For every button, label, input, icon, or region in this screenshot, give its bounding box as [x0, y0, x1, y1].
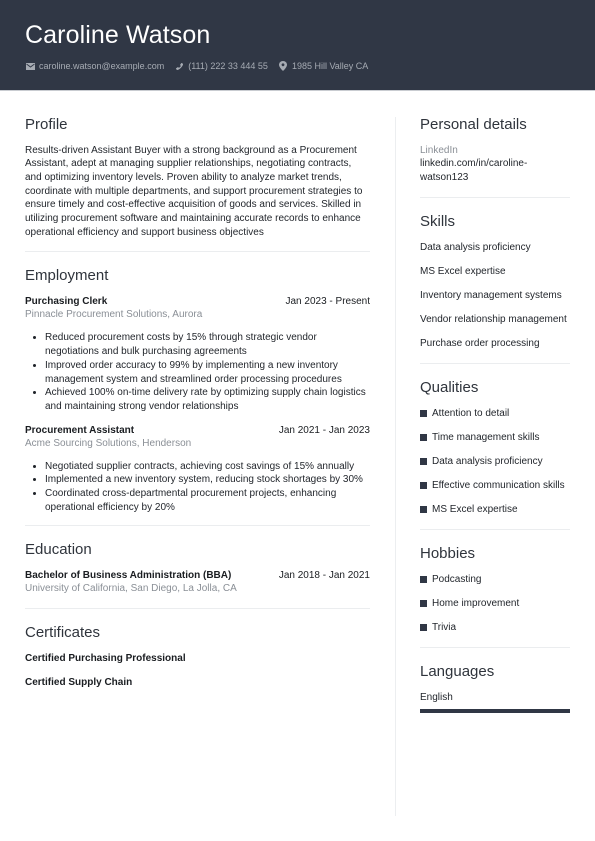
school: University of California, San Diego, La …	[25, 582, 370, 596]
envelope-icon	[25, 61, 35, 71]
achievement-item: Reduced procurement costs by 15% through…	[45, 331, 370, 358]
quality-item: Time management skills	[420, 431, 570, 444]
section-divider	[25, 251, 370, 252]
certificate-item: Certified Purchasing Professional	[25, 652, 370, 665]
square-bullet-icon	[420, 576, 427, 583]
achievement-item: Implemented a new inventory system, redu…	[45, 473, 370, 487]
profile-section: Profile Results-driven Assistant Buyer w…	[25, 116, 370, 239]
qualities-section: Qualities Attention to detail Time manag…	[420, 379, 570, 516]
achievement-item: Improved order accuracy to 99% by implem…	[45, 359, 370, 386]
achievement-item: Negotiated supplier contracts, achieving…	[45, 460, 370, 474]
personal-details-section: Personal details LinkedIn linkedin.com/i…	[420, 116, 570, 184]
education-section: Education Bachelor of Business Administr…	[25, 541, 370, 596]
square-bullet-icon	[420, 410, 427, 417]
job-company: Pinnacle Procurement Solutions, Aurora	[25, 308, 370, 322]
contact-email[interactable]: caroline.watson@example.com	[25, 61, 164, 71]
square-bullet-icon	[420, 482, 427, 489]
achievement-item: Achieved 100% on-time delivery rate by o…	[45, 386, 370, 413]
skill-item: Vendor relationship management	[420, 313, 570, 326]
languages-heading: Languages	[420, 663, 570, 681]
section-divider	[420, 529, 570, 530]
hobby-item: Podcasting	[420, 573, 570, 586]
job-achievements: Negotiated supplier contracts, achieving…	[25, 460, 370, 515]
section-divider	[25, 525, 370, 526]
personal-details-heading: Personal details	[420, 116, 570, 134]
section-divider	[420, 647, 570, 648]
quality-item: MS Excel expertise	[420, 503, 570, 516]
skills-section: Skills Data analysis proficiency MS Exce…	[420, 213, 570, 350]
certificate-item: Certified Supply Chain	[25, 676, 370, 689]
section-divider	[420, 197, 570, 198]
degree: Bachelor of Business Administration (BBA…	[25, 569, 231, 582]
education-entry: Bachelor of Business Administration (BBA…	[25, 569, 370, 596]
hobbies-section: Hobbies Podcasting Home improvement Triv…	[420, 545, 570, 634]
profile-summary: Results-driven Assistant Buyer with a st…	[25, 144, 370, 240]
job-entry: Purchasing Clerk Jan 2023 - Present Pinn…	[25, 295, 370, 413]
square-bullet-icon	[420, 434, 427, 441]
hobby-item: Trivia	[420, 621, 570, 634]
job-date: Jan 2021 - Jan 2023	[279, 424, 370, 437]
education-date: Jan 2018 - Jan 2021	[279, 569, 370, 582]
address-text: 1985 Hill Valley CA	[292, 61, 368, 71]
job-title: Purchasing Clerk	[25, 295, 107, 308]
skill-item: Inventory management systems	[420, 289, 570, 302]
employment-heading: Employment	[25, 267, 370, 285]
section-divider	[25, 608, 370, 609]
square-bullet-icon	[420, 506, 427, 513]
contact-address: 1985 Hill Valley CA	[278, 61, 368, 71]
education-heading: Education	[25, 541, 370, 559]
hobby-item: Home improvement	[420, 597, 570, 610]
contact-row: caroline.watson@example.com (111) 222 33…	[25, 60, 378, 72]
certificates-heading: Certificates	[25, 624, 370, 642]
phone-icon	[174, 61, 184, 71]
quality-item: Effective communication skills	[420, 479, 570, 492]
quality-item: Attention to detail	[420, 407, 570, 420]
skill-item: Purchase order processing	[420, 337, 570, 350]
job-company: Acme Sourcing Solutions, Henderson	[25, 437, 370, 451]
quality-item: Data analysis proficiency	[420, 455, 570, 468]
section-divider	[420, 363, 570, 364]
employment-section: Employment Purchasing Clerk Jan 2023 - P…	[25, 267, 370, 514]
sidebar-column: Personal details LinkedIn linkedin.com/i…	[420, 116, 570, 713]
square-bullet-icon	[420, 600, 427, 607]
qualities-heading: Qualities	[420, 379, 570, 397]
skill-item: Data analysis proficiency	[420, 241, 570, 254]
certificates-section: Certificates Certified Purchasing Profes…	[25, 624, 370, 689]
resume-header: Caroline Watson caroline.watson@example.…	[0, 0, 595, 91]
square-bullet-icon	[420, 458, 427, 465]
language-level-fill	[420, 709, 570, 713]
contact-phone[interactable]: (111) 222 33 444 55	[174, 61, 268, 71]
profile-heading: Profile	[25, 116, 370, 134]
candidate-name: Caroline Watson	[25, 21, 210, 50]
phone-text: (111) 222 33 444 55	[188, 61, 268, 71]
linkedin-label: LinkedIn	[420, 144, 570, 157]
hobbies-heading: Hobbies	[420, 545, 570, 563]
achievement-item: Coordinated cross-departmental procureme…	[45, 487, 370, 514]
job-title: Procurement Assistant	[25, 424, 134, 437]
job-achievements: Reduced procurement costs by 15% through…	[25, 331, 370, 413]
language-name: English	[420, 691, 570, 704]
map-pin-icon	[278, 61, 288, 71]
email-text: caroline.watson@example.com	[39, 61, 164, 71]
skill-item: MS Excel expertise	[420, 265, 570, 278]
square-bullet-icon	[420, 624, 427, 631]
job-date: Jan 2023 - Present	[286, 295, 371, 308]
main-column: Profile Results-driven Assistant Buyer w…	[25, 116, 370, 689]
skills-heading: Skills	[420, 213, 570, 231]
job-entry: Procurement Assistant Jan 2021 - Jan 202…	[25, 424, 370, 515]
column-divider	[395, 117, 396, 816]
languages-section: Languages English	[420, 663, 570, 713]
language-level-bar	[420, 709, 570, 713]
linkedin-link[interactable]: linkedin.com/in/caroline-watson123	[420, 157, 570, 184]
